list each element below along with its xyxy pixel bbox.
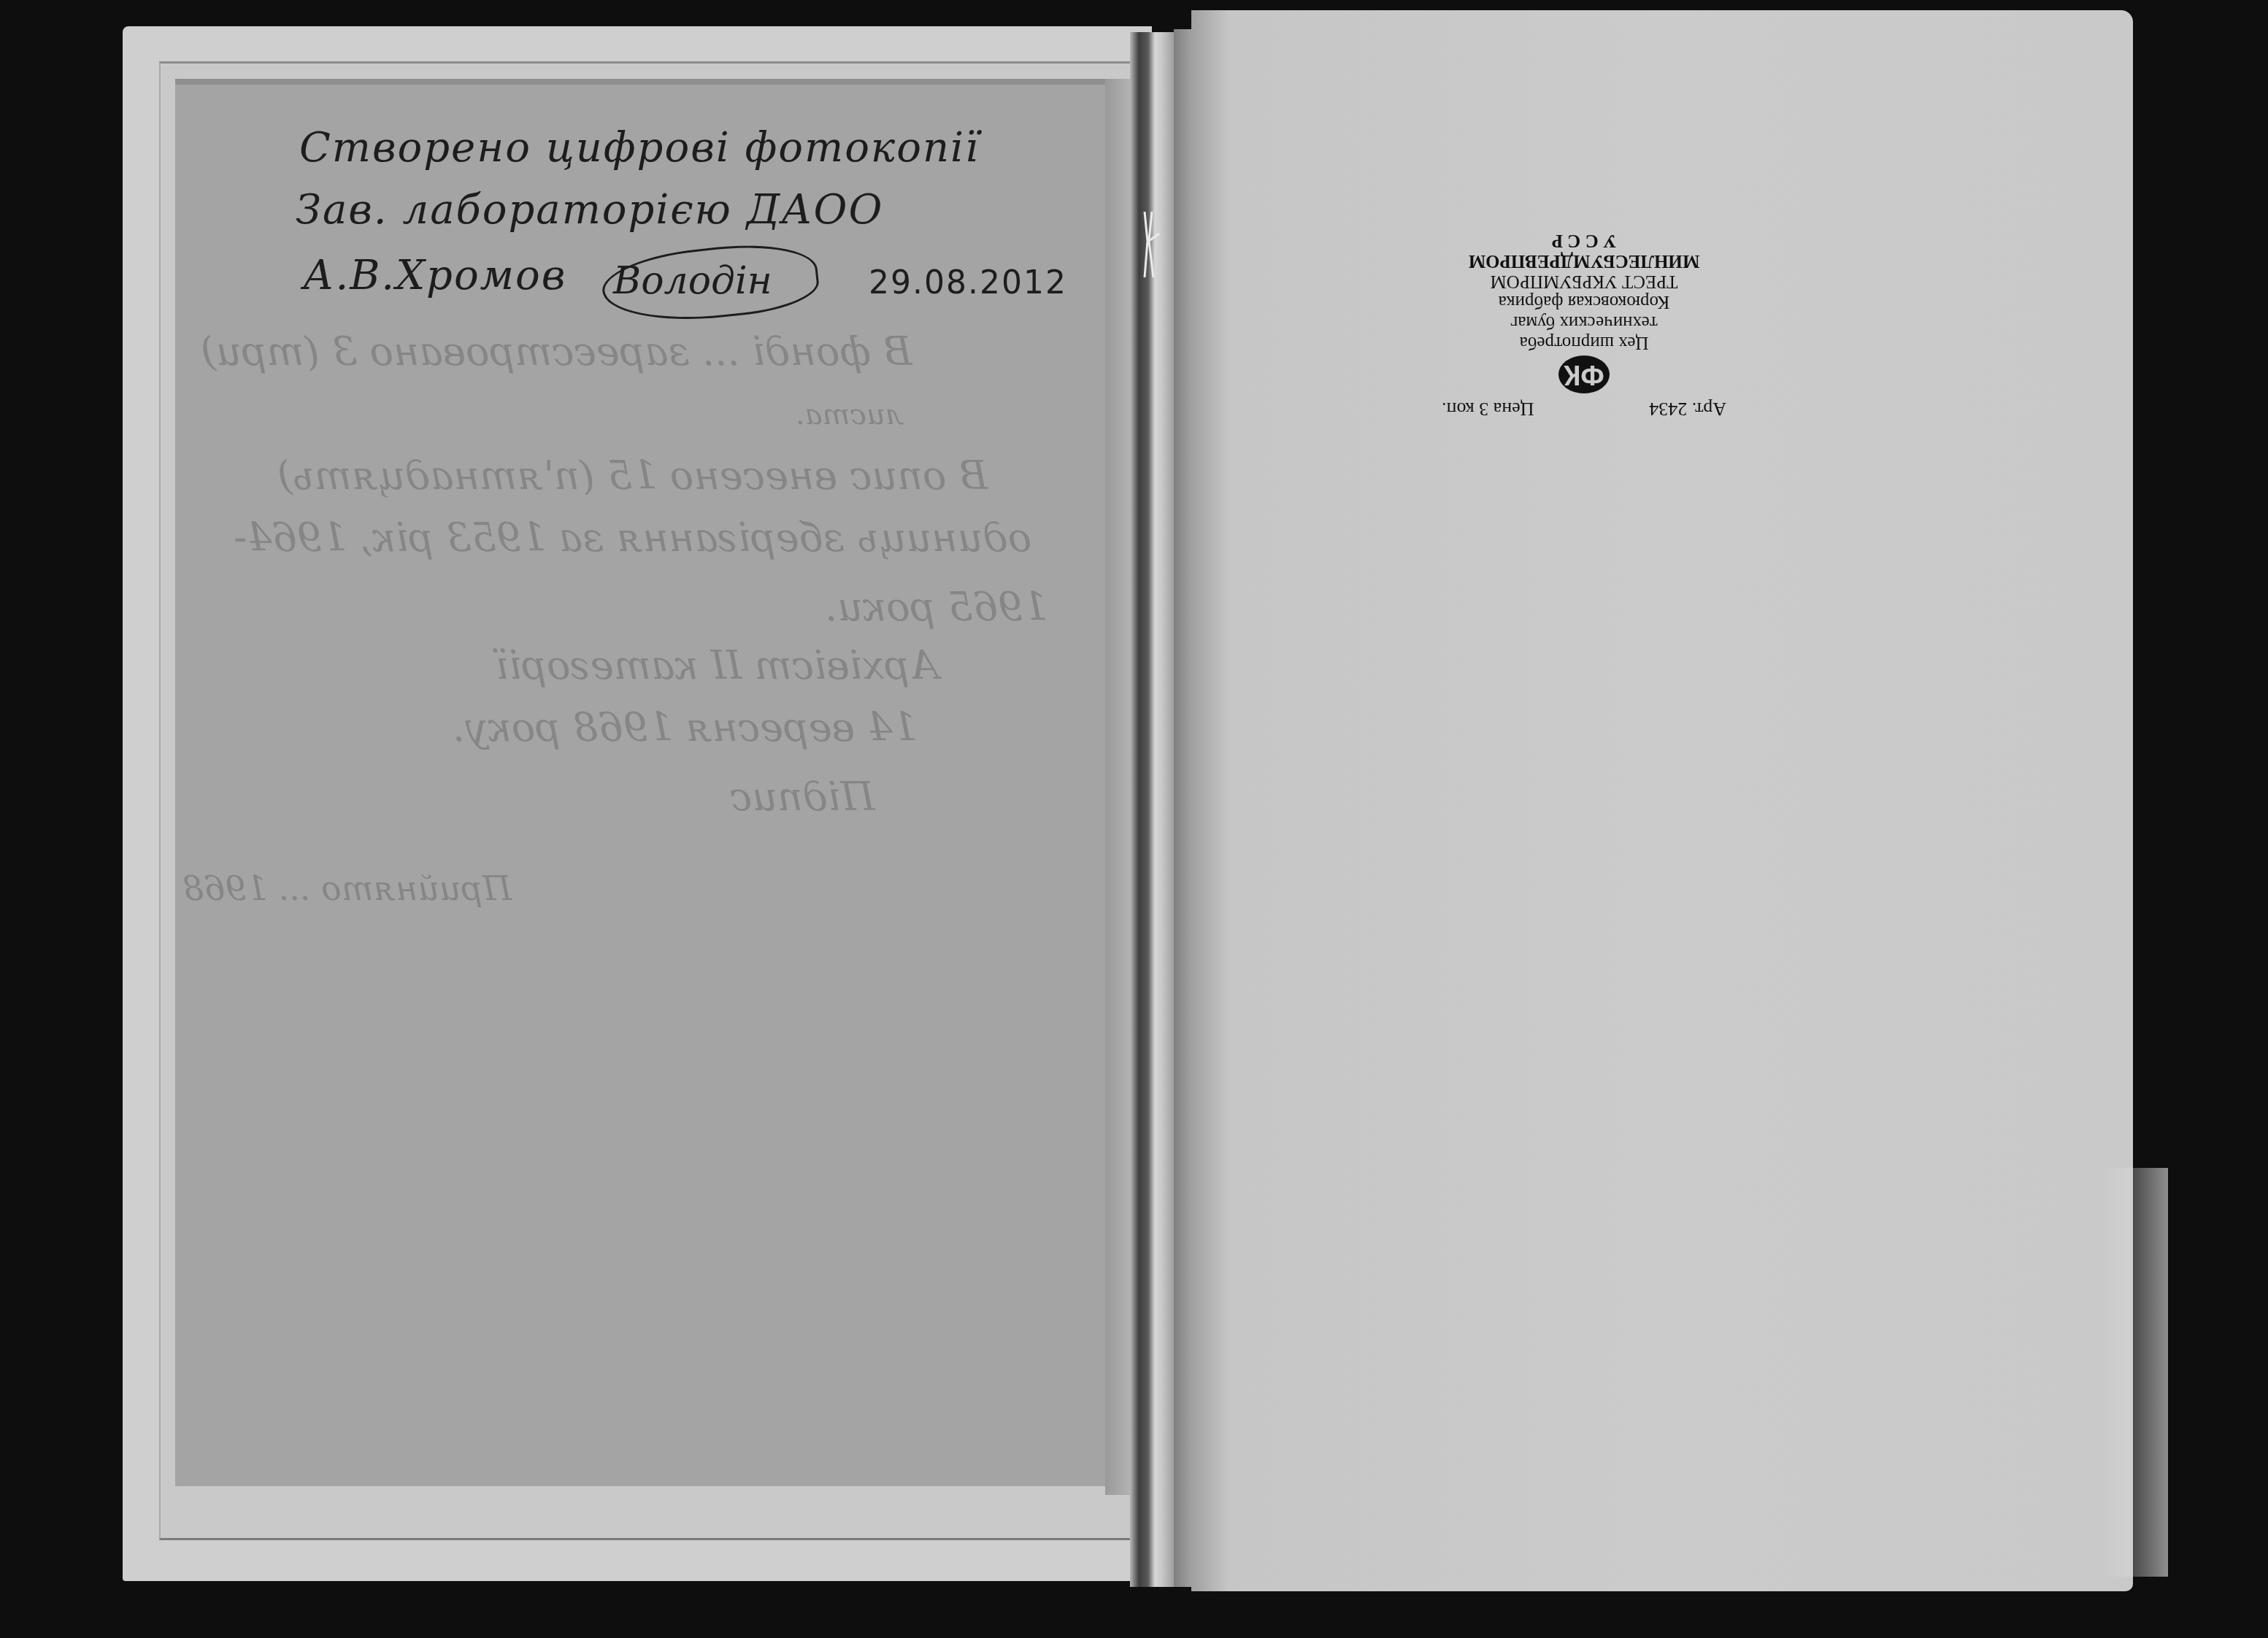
bleed-line: 1965 роки. — [825, 584, 1048, 630]
bleed-line: Прийнято ... 1968 — [182, 869, 512, 908]
page-glare — [2102, 1168, 2168, 1577]
stamp-line: технических бумаг — [1427, 312, 1741, 332]
bleed-line: Архівіст II категорії — [496, 642, 939, 688]
bleed-line: 14 вересня 1968 року. — [453, 704, 918, 750]
stamp-article: Арт. 2434 — [1649, 398, 1726, 420]
stamp-price: Цена 3 коп. — [1442, 398, 1534, 420]
stamp-line: ТРЕСТ УКРБУМПРОМ — [1427, 271, 1741, 291]
printer-stamp: Арт. 2434 Цена 3 коп. ФК Цех ширпотреба … — [1427, 237, 1741, 420]
bleed-line: В фонді ... зареєстровано 3 (три) — [201, 328, 912, 374]
bleed-line: Підпис — [730, 774, 874, 820]
bleed-line: листа. — [796, 398, 904, 431]
handwritten-line-2: Зав. лабораторією ДАОО — [296, 186, 883, 234]
handwritten-line-1: Створено цифрові фотокопії — [299, 124, 980, 172]
stamp-line: Цех ширпотреба — [1427, 332, 1741, 353]
bleed-line: одиниць зберігання за 1953 рік, 1964- — [234, 515, 1031, 561]
stamp-line: Корюковская фабрика — [1427, 291, 1741, 312]
bleed-line: В опис внесено 15 (п'ятнадцять) — [277, 453, 988, 499]
handwritten-name: А.В.Хромов — [303, 252, 566, 299]
binding-thread-icon — [1139, 212, 1161, 277]
stamp-line: У С С Р — [1427, 230, 1741, 250]
signature: Володін — [613, 259, 772, 303]
handwritten-date: 29.08.2012 — [869, 264, 1067, 301]
stamp-line: МИНЛЕСБУМДРЕВПРОМ — [1427, 250, 1741, 271]
factory-logo-icon: ФК — [1558, 355, 1610, 393]
